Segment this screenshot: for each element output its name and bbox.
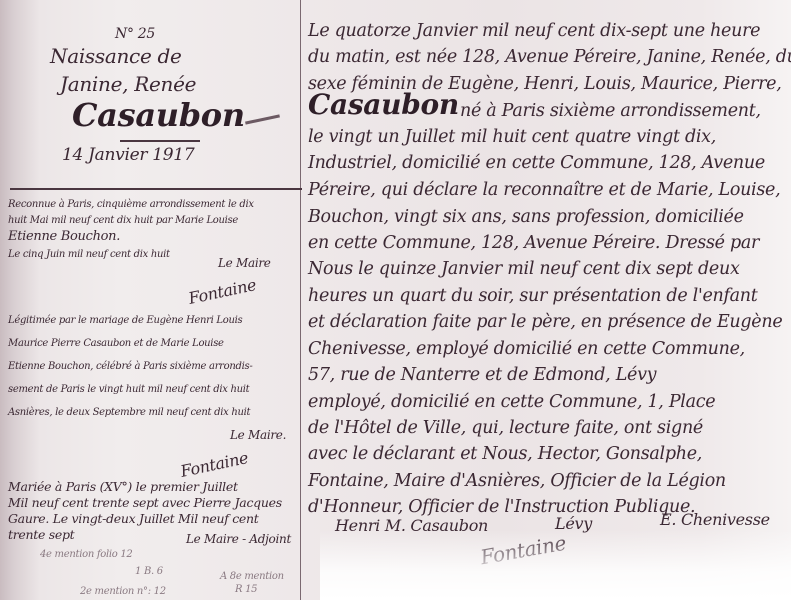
marriage-line-1: Mariée à Paris (XV°) le premier Juillet [8,480,238,494]
margin-date: 14 Janvier 1917 [62,145,194,165]
signature-chenivesse: E. Chenivesse [660,510,770,529]
heading-underline [120,140,200,142]
legitimation-line-3: Etienne Bouchon, célébré à Paris sixième… [8,360,252,374]
heading-separator [10,188,302,190]
pen-stroke [245,114,280,124]
marriage-line-3: Gaure. Le vingt-deux Juillet Mil neuf ce… [8,512,259,526]
body-line-12: et déclaration faite par le père, en pré… [308,309,782,335]
margin-divider [300,0,301,600]
body-line-6: Industriel, domicilié en cette Commune, … [308,150,765,176]
body-line-15: employé, domicilié en cette Commune, 1, … [308,389,715,415]
recognition-signature: Fontaine [187,275,258,308]
mention-3: 1 B. 6 [135,565,163,579]
heading-line-2: Janine, Renée [60,72,196,96]
recognition-line-2: huit Mai mil neuf cent dix huit par Mari… [8,214,238,228]
legitimation-line-4: sement de Paris le vingt huit mil neuf c… [8,383,249,397]
mention-2: 2e mention n°: 12 [80,585,166,599]
document-page: N° 25 Naissance de Janine, Renée Casaubo… [0,0,791,600]
body-line-16: de l'Hôtel de Ville, qui, lecture faite,… [308,415,703,441]
body-line-14: 57, rue de Nanterre et de Edmond, Lévy [308,362,656,388]
body-line-18: Fontaine, Maire d'Asnières, Officier de … [308,468,726,494]
body-line-7: Péreire, qui déclare la reconnaître et d… [308,177,780,203]
body-line-5: le vingt un Juillet mil huit cent quatre… [308,124,716,150]
body-line-17: avec le déclarant et Nous, Hector, Gonsa… [308,441,702,467]
legitimation-line-2: Maurice Pierre Casaubon et de Marie Loui… [8,337,224,351]
legitimation-line-5: Asnières, le deux Septembre mil neuf cen… [8,406,250,420]
body-line-4: né à Paris sixième arrondissement, [460,98,761,124]
body-line-1: Le quatorze Janvier mil neuf cent dix-se… [308,18,760,44]
margin-surname: Casaubon [72,96,245,134]
recognition-line-3: Etienne Bouchon. [8,230,120,244]
body-line-11: heures un quart du soir, sur présentatio… [308,283,758,309]
recognition-line-4: Le cinq Juin mil neuf cent dix huit [8,248,170,262]
body-line-13: Chenivesse, employé domicilié en cette C… [308,336,745,362]
recognition-line-1: Reconnue à Paris, cinquième arrondisseme… [8,198,254,212]
heading-line-1: Naissance de [50,44,182,68]
mention-5: R 15 [235,583,257,597]
body-line-10: Nous le quinze Janvier mil neuf cent dix… [308,256,740,282]
legitimation-signoff: Le Maire. [230,428,286,442]
legitimation-signature: Fontaine [179,448,250,481]
legitimation-line-1: Légitimée par le mariage de Eugène Henri… [8,314,242,328]
record-number: N° 25 [115,26,155,42]
marriage-line-4: trente sept [8,528,74,542]
body-line-8: Bouchon, vingt six ans, sans profession,… [308,204,744,230]
recognition-signoff: Le Maire [218,256,271,270]
marriage-signoff: Le Maire - Adjoint [186,532,291,546]
mention-4: A 8e mention [220,570,284,584]
body-line-2: du matin, est née 128, Avenue Péreire, J… [308,44,791,70]
scan-fade [320,530,791,600]
mention-1: 4e mention folio 12 [40,548,133,562]
body-line-9: en cette Commune, 128, Avenue Péreire. D… [308,230,759,256]
marriage-line-2: Mil neuf cent trente sept avec Pierre Ja… [8,496,282,510]
body-surname: Casaubon [308,92,459,118]
